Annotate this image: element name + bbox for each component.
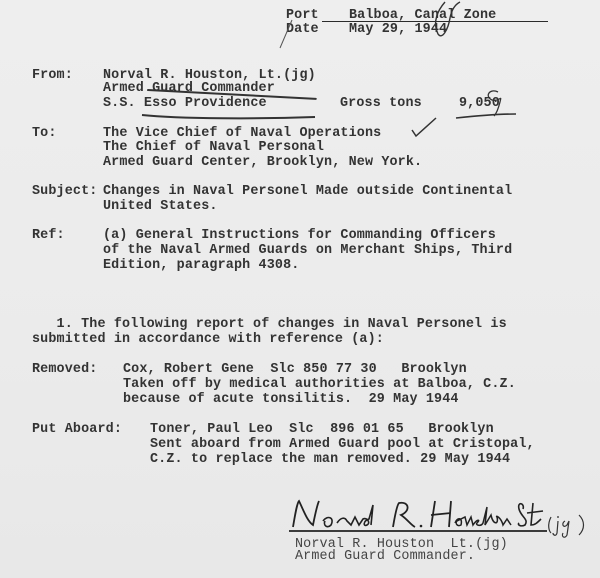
removed-line-2: Taken off by medical authorities at Balb… bbox=[123, 377, 516, 392]
handwritten-mark-header bbox=[270, 0, 470, 50]
document-page: Port Balboa, Canal Zone Date May 29, 194… bbox=[0, 0, 600, 578]
subject-line-1: Changes in Naval Personel Made outside C… bbox=[103, 184, 512, 199]
to-line-3: Armed Guard Center, Brooklyn, New York. bbox=[103, 155, 422, 170]
put-aboard-line-2: Sent aboard from Armed Guard pool at Cri… bbox=[150, 437, 535, 452]
removed-label: Removed: bbox=[32, 362, 98, 377]
ref-line-3: Edition, paragraph 4308. bbox=[103, 258, 299, 273]
to-label: To: bbox=[32, 126, 57, 141]
checkmark-icon bbox=[410, 116, 440, 140]
removed-line-1: Cox, Robert Gene Slc 850 77 30 Brooklyn bbox=[123, 362, 467, 377]
subject-label: Subject: bbox=[32, 184, 98, 199]
gross-tons-correction-ink bbox=[450, 86, 530, 126]
put-aboard-line-3: C.Z. to replace the man removed. 29 May … bbox=[150, 452, 510, 467]
paragraph-line-2: submitted in accordance with reference (… bbox=[32, 332, 384, 347]
ship-underline-ink bbox=[140, 105, 320, 125]
ref-line-1: (a) General Instructions for Commanding … bbox=[103, 228, 496, 243]
to-line-1: The Vice Chief of Naval Operations bbox=[103, 126, 381, 141]
put-aboard-line-1: Toner, Paul Leo Slc 896 01 65 Brooklyn bbox=[150, 422, 494, 437]
typed-signature-title: Armed Guard Commander. bbox=[295, 549, 475, 564]
ref-label: Ref: bbox=[32, 228, 65, 243]
put-aboard-label: Put Aboard: bbox=[32, 422, 122, 437]
ref-line-2: of the Naval Armed Guards on Merchant Sh… bbox=[103, 243, 512, 258]
to-line-2: The Chief of Naval Personal bbox=[103, 140, 324, 155]
removed-line-3: because of acute tonsilitis. 29 May 1944 bbox=[123, 392, 459, 407]
gross-tons-label: Gross tons bbox=[340, 96, 422, 111]
subject-line-2: United States. bbox=[103, 199, 218, 214]
from-label: From: bbox=[32, 68, 73, 83]
paragraph-line-1: 1. The following report of changes in Na… bbox=[32, 317, 507, 332]
